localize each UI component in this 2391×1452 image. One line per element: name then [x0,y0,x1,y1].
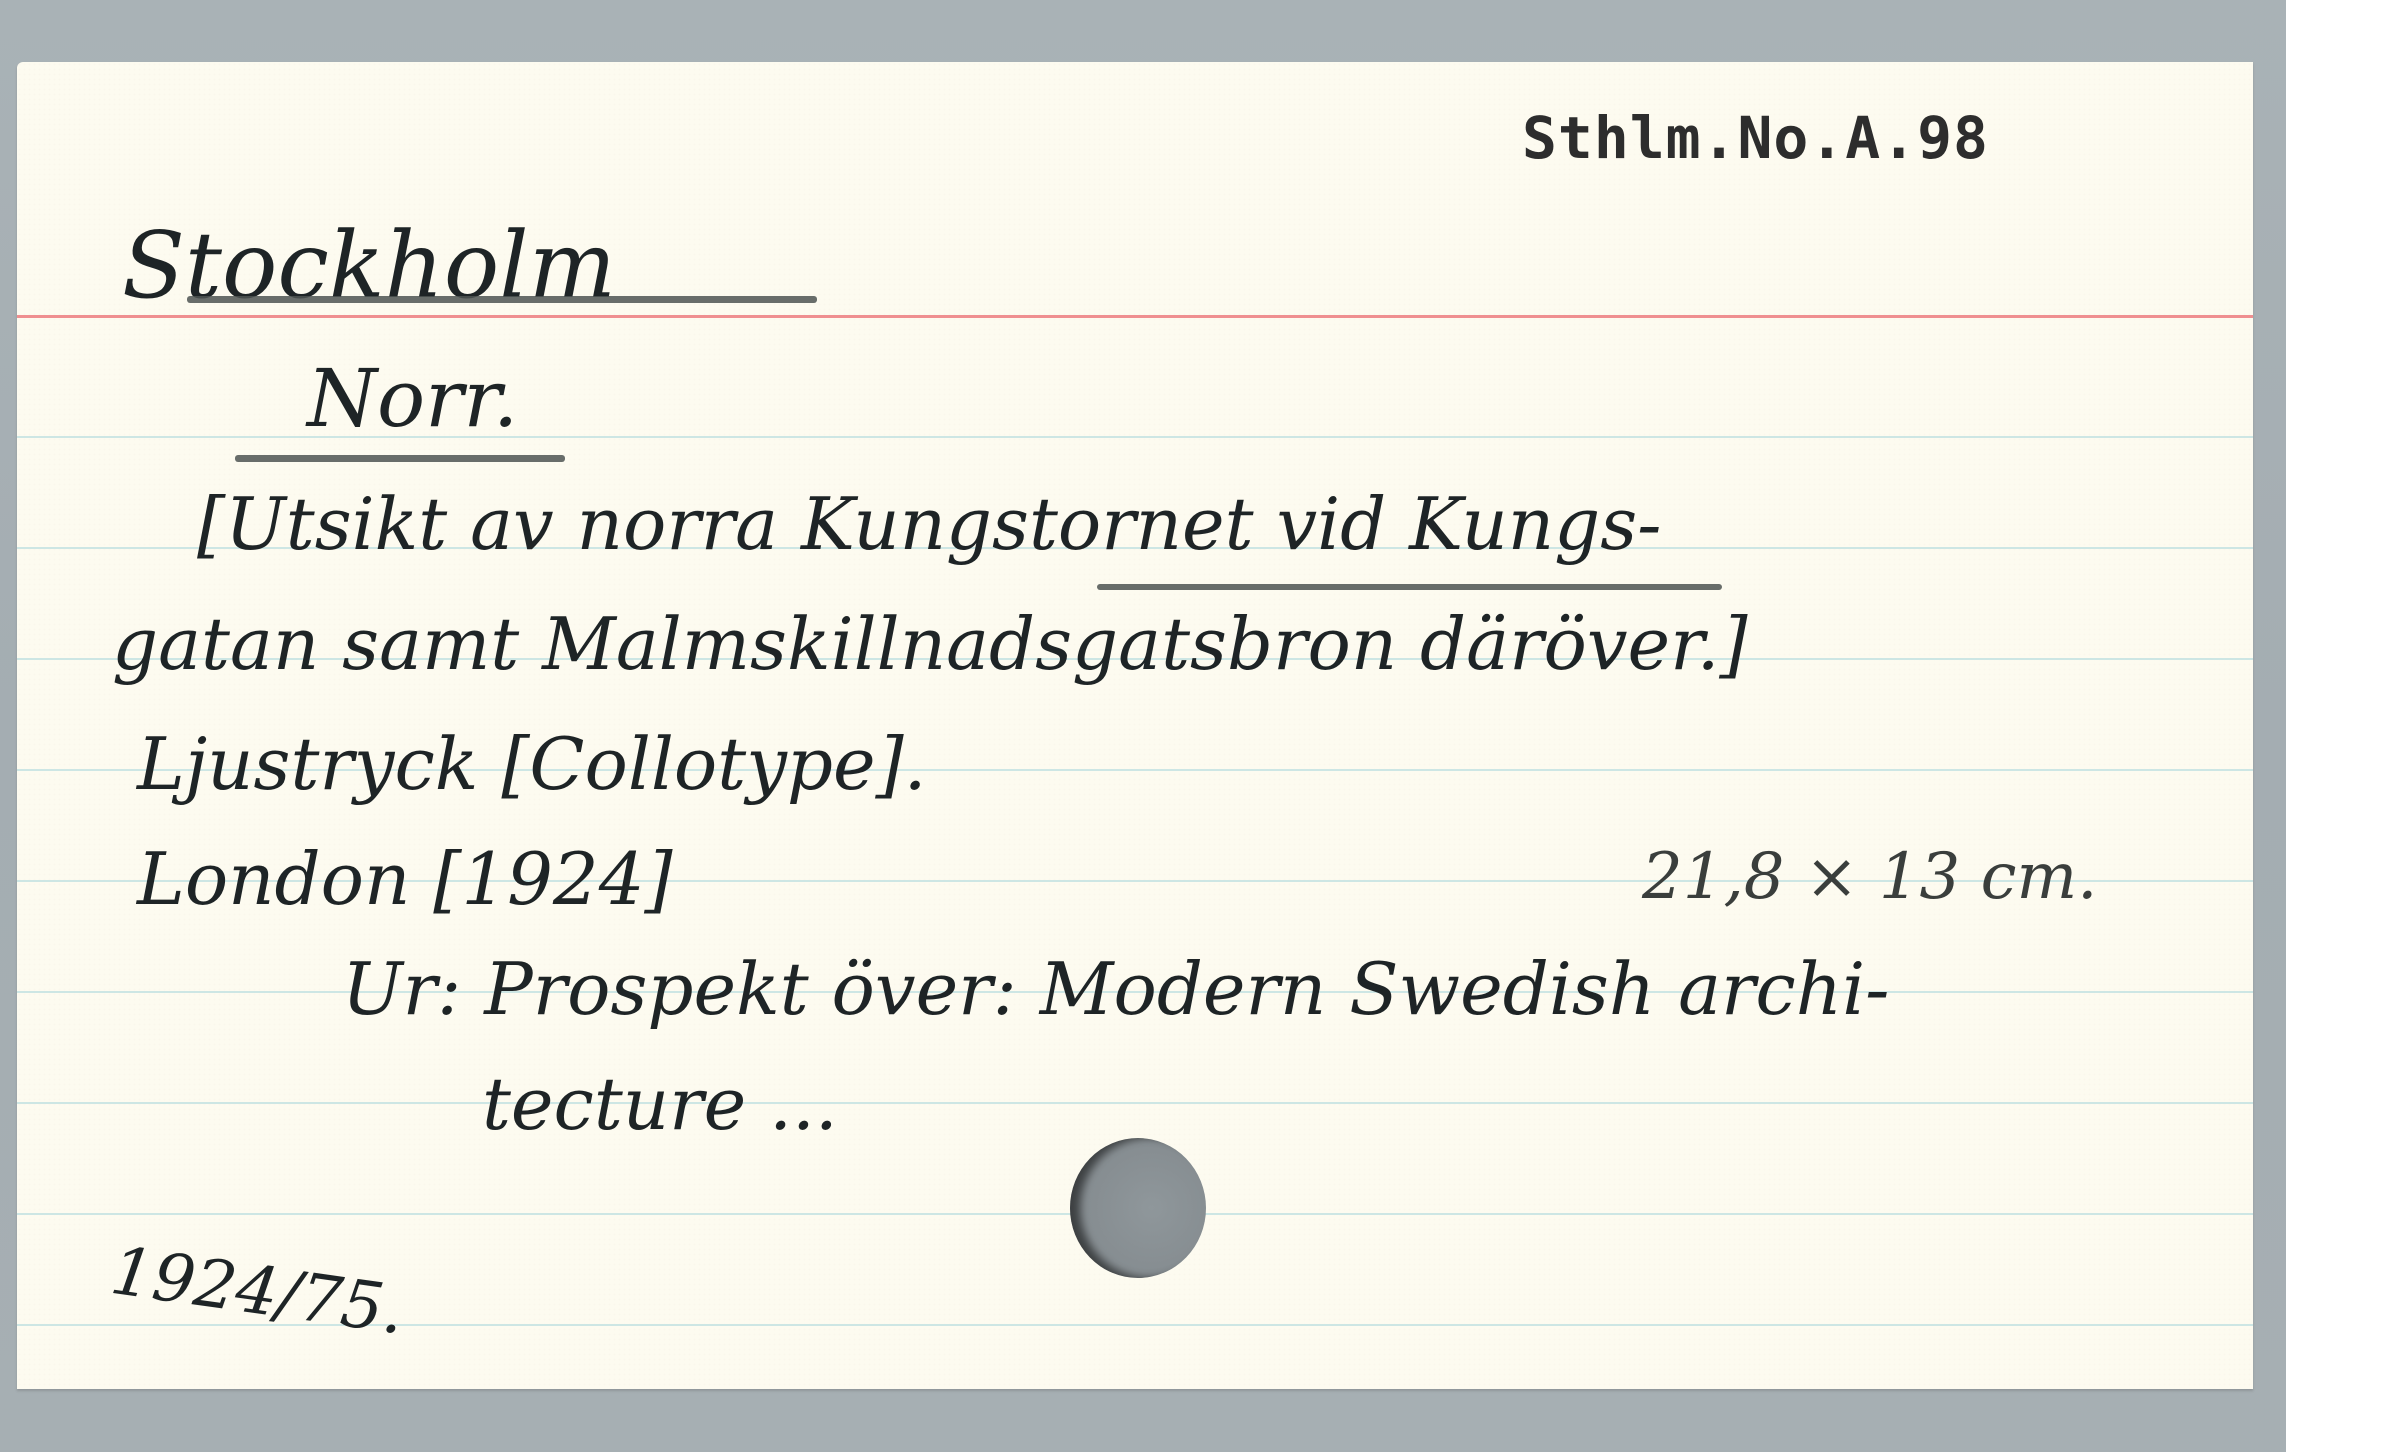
accession-number: 1924/75. [106,1232,409,1349]
catalog-number: Sthlm.No.A.98 [1522,104,1989,172]
subheading-underline [235,455,565,462]
kungstornet-underline [1097,584,1722,590]
punch-hole [1070,1138,1206,1278]
source-line-1: Ur: Prospekt över: Modern Swedish archi- [342,947,1889,1031]
imprint: London [1924] [137,837,673,921]
blue-rule [17,1102,2253,1104]
description-line-2: gatan samt Malmskillnadsgatsbron däröver… [112,602,1748,686]
heading-underline [187,296,817,303]
technique: Ljustryck [Collotype]. [137,722,927,806]
catalog-card: Sthlm.No.A.98 Stockholm Norr. [Utsikt av… [17,62,2253,1389]
description-line-1: [Utsikt av norra Kungstornet vid Kungs- [197,482,1661,566]
subheading-norr: Norr. [307,352,518,445]
source-line-2: tecture ... [482,1062,838,1146]
dimensions: 21,8 × 13 cm. [1642,840,2097,914]
